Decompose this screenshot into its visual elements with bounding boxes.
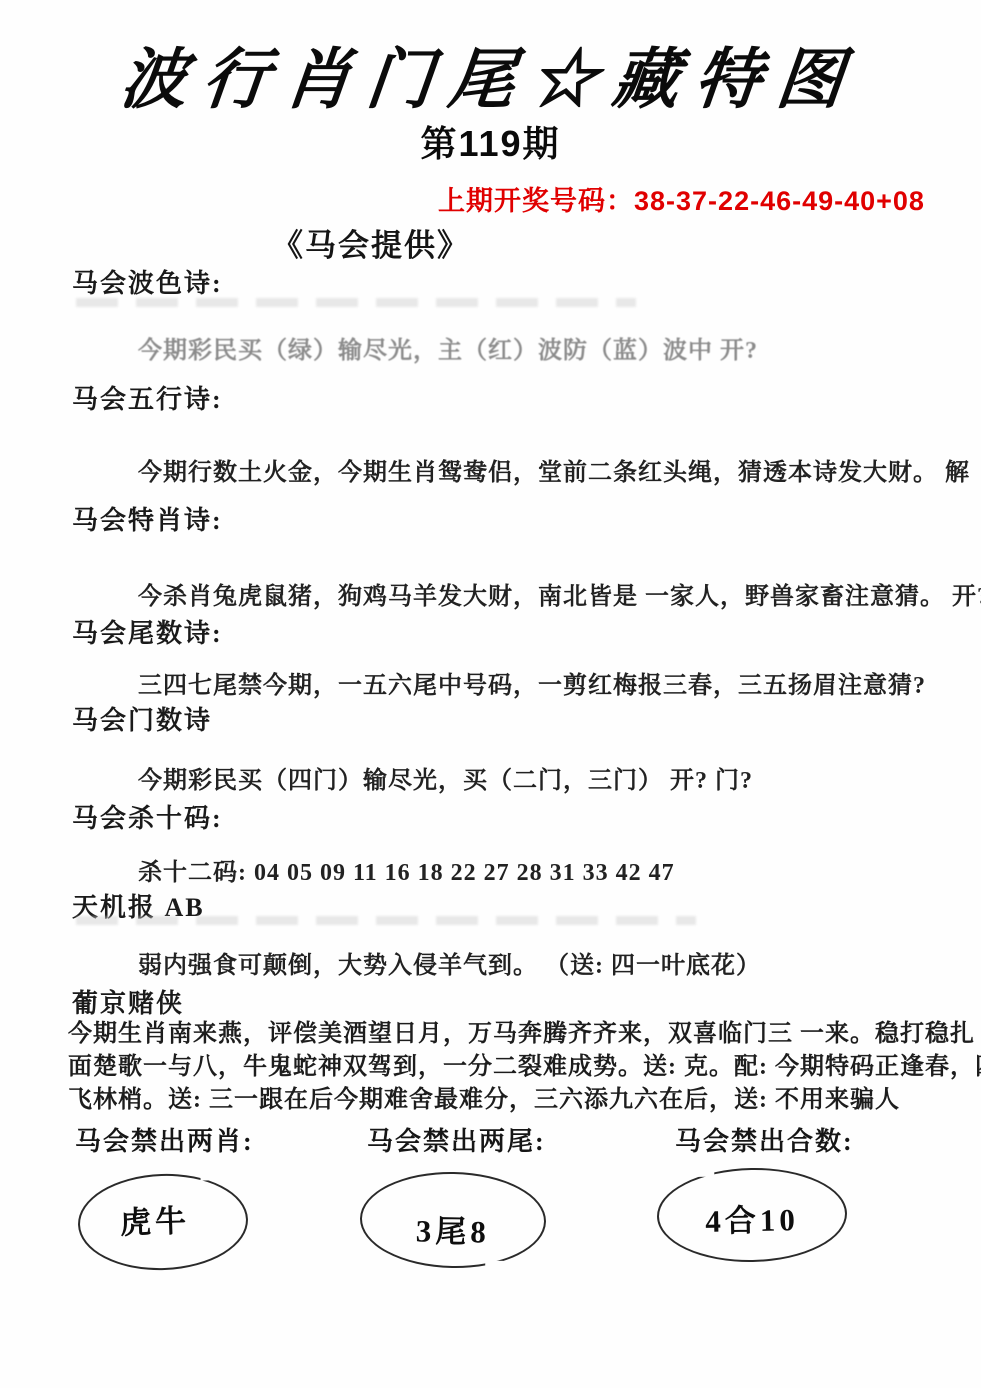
poem-menshu: 今期彩民买（四门）输尽光，买（二门，三门） 开? 门?: [138, 760, 753, 795]
faded-print-artifact: [76, 298, 636, 307]
forbidden-sum-value: 4合10: [705, 1194, 799, 1241]
page-title: 波行肖门尾☆藏特图: [0, 26, 981, 121]
section-heading-bose: 马会波色诗:: [72, 263, 223, 300]
section-heading-weishu: 马会尾数诗:: [72, 613, 223, 650]
forbidden-zodiac-label: 马会禁出两肖:: [75, 1121, 254, 1158]
poem-wuxing: 今期行数土火金，今期生肖鸳鸯侣，堂前二条红头绳，猜透本诗发大财。 解（？）: [138, 452, 981, 487]
pujing-line-1: 今期生肖南来燕，评偿美酒望日月，万马奔腾齐齐来，双喜临门三 一来。稳打稳扎 一和…: [68, 1013, 938, 1048]
section-heading-wuxing: 马会五行诗:: [72, 379, 223, 416]
poem-texiao: 今杀肖兔虎鼠猪，狗鸡马羊发大财，南北皆是 一家人，野兽家畜注意猜。 开?: [138, 576, 981, 611]
faded-print-artifact: [76, 916, 696, 925]
poem-tianjibao: 弱内强食可颠倒，大势入侵羊气到。 （送: 四一叶底花）: [138, 945, 761, 980]
issue-number: 第119期: [0, 116, 981, 167]
pujing-line-3: 飞林梢。送: 三一跟在后今期难舍最难分，三六添九六在后，送: 不用来骗人: [68, 1079, 938, 1114]
forbidden-zodiac-oval: 虎牛: [76, 1171, 249, 1273]
poem-weishu: 三四七尾禁今期，一五六尾中号码，一剪红梅报三春，三五扬眉注意猜?: [138, 665, 926, 700]
forbidden-sum-label: 马会禁出合数:: [675, 1121, 854, 1158]
forbidden-tail-oval: 3尾8: [359, 1170, 547, 1269]
forbidden-tail-value: 3尾8: [415, 1205, 490, 1251]
oval-stroke-gap: [485, 1261, 503, 1271]
oval-stroke-gap: [200, 1170, 216, 1181]
section-heading-menshu: 马会门数诗: [72, 700, 212, 737]
forbidden-zodiac-value: 虎牛: [119, 1195, 191, 1242]
last-draw-numbers: 上期开奖号码：38-37-22-46-49-40+08: [438, 179, 925, 218]
pujing-line-2: 面楚歌一与八，牛鬼蛇神双驾到，一分二裂难成势。送: 克。配: 今期特码正逢春，四…: [68, 1046, 938, 1081]
section-heading-texiao: 马会特肖诗:: [72, 500, 223, 537]
oval-stroke-gap: [698, 1167, 714, 1177]
provider-heading: 《马会提供》: [272, 220, 470, 265]
poem-bose: 今期彩民买（绿）输尽光，主（红）波防（蓝）波中 开?: [138, 330, 758, 365]
kill-numbers-line: 杀十二码: 04 05 09 11 16 18 22 27 28 31 33 4…: [138, 852, 675, 887]
forbidden-tail-label: 马会禁出两尾:: [367, 1121, 546, 1158]
section-heading-shashima: 马会杀十码:: [72, 798, 223, 835]
forbidden-sum-oval: 4合10: [656, 1166, 848, 1263]
